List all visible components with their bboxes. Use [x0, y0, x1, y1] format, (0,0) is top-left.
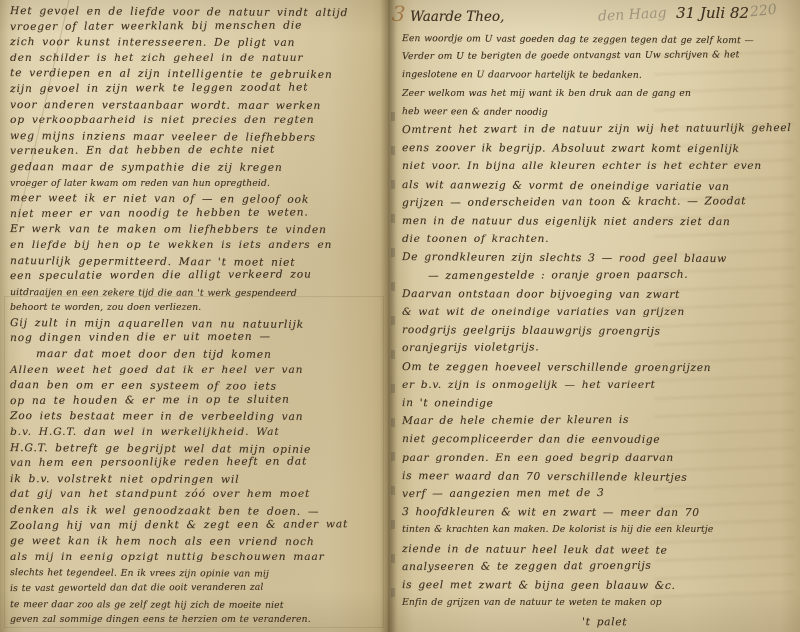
handwritten-line: van hem een persoonlijke reden heeft en …	[10, 454, 386, 472]
handwritten-line: paar gronden. En een goed begrip daarvan	[402, 449, 796, 467]
handwritten-line: is te vast geworteld dan dat die ooit ve…	[10, 579, 386, 597]
handwritten-line: Maar de hele chemie der kleuren is	[402, 410, 796, 430]
handwritten-line: behoort te worden, zou doen verliezen.	[10, 300, 386, 316]
handwritten-line: zich voor kunst interesseeren. De pligt …	[10, 35, 386, 52]
handwritten-line: eens zoover ik begrijp. Absoluut zwart k…	[402, 139, 796, 158]
right-page-text: Een woordje om U vast goeden dag te zegg…	[388, 0, 800, 631]
handwritten-line: nog dingen vinden die er uit moeten —	[10, 330, 386, 348]
handwritten-line: Zoo iets bestaat meer in de verbeelding …	[10, 409, 386, 426]
handwritten-line: op verkoopbaarheid is niet precies den r…	[10, 113, 386, 129]
handwritten-line: gedaan maar de sympathie die zij kregen	[10, 160, 386, 177]
handwritten-line: b.v. H.G.T. dan wel in werkelijkheid. Wa…	[10, 425, 386, 441]
handwritten-line: niet gecompliceerder dan die eenvoudige	[402, 430, 796, 449]
handwritten-line: analyseeren & te zeggen dat groengrijs	[402, 556, 796, 576]
handwritten-line: den schilder is het zich geheel in de na…	[10, 51, 386, 67]
handwritten-line: maar dat moet door den tijd komen	[36, 347, 386, 364]
handwritten-line: Alleen weet het goed dat ik er heel ver …	[10, 363, 386, 379]
handwritten-line: en liefde bij hen op te wekken is iets a…	[10, 238, 386, 254]
handwritten-line: tinten & krachten kan maken. De kolorist…	[402, 521, 796, 539]
handwritten-line: Om te zeggen hoeveel verschillende groen…	[402, 358, 796, 377]
handwritten-line: op na te houden & er me in op te sluiten	[10, 392, 386, 410]
handwritten-line: er b.v. zijn is onmogelijk — het varieer…	[402, 376, 796, 394]
handwritten-line: niet meer er van noodig te hebben te wet…	[10, 205, 386, 223]
handwritten-line: Zoolang hij van mij denkt & zegt een & a…	[10, 517, 386, 535]
left-page-text: Het gevoel en de liefde voor de natuur v…	[0, 0, 388, 628]
handwritten-line: verf — aangezien men met de 3	[402, 483, 796, 503]
handwritten-line: geven zal sommige dingen eens te herzien…	[10, 612, 386, 628]
handwritten-line: die toonen of krachten.	[402, 230, 796, 248]
handwritten-line: niet voor. In bijna alle kleuren echter …	[402, 157, 796, 175]
handwritten-line: voor anderen verstaanbaar wordt. maar we…	[10, 98, 386, 115]
handwritten-line: verneuken. En dat hebben de echte niet	[10, 142, 386, 160]
handwritten-line: Verder om U te berigten de goede ontvang…	[402, 46, 796, 66]
handwritten-line: grijzen — onderscheiden van toon & krach…	[402, 192, 796, 212]
handwritten-line: — zamengestelde : oranje groen paarsch.	[428, 265, 796, 285]
handwritten-line: Daarvan ontstaan door bijvoeging van zwa…	[402, 285, 796, 304]
handwritten-line: ingeslotene en U daarvoor hartelijk te b…	[402, 66, 796, 85]
handwritten-line: men in de natuur dus eigenlijk niet ande…	[402, 212, 796, 231]
handwritten-line: Enfin de grijzen van de natuur te weten …	[402, 594, 796, 612]
handwritten-line: te meer daar zoo als ge zelf zegt hij zi…	[10, 597, 386, 614]
handwritten-line: Zeer welkom was het mij want ik ben druk…	[402, 85, 796, 103]
handwritten-line: 3 hoofdkleuren & wit en zwart — meer dan…	[402, 503, 796, 522]
letter-page-left: Het gevoel en de liefde voor de natuur v…	[0, 0, 388, 632]
handwritten-line: Er werk van te maken om liefhebbers te v…	[10, 222, 386, 239]
handwritten-line: vroeger of later weerklank bij menschen …	[10, 18, 386, 36]
handwritten-line: uitdraaijen en een zekere tijd die aan '…	[10, 285, 386, 302]
handwritten-line: dat gij van het standpunt zóó over hem m…	[10, 487, 386, 503]
handwritten-line: & wat wit de oneindige variaties van gri…	[402, 303, 796, 321]
handwritten-line: een speculatie worden die alligt verkeer…	[10, 267, 386, 285]
handwritten-line: ge weet kan ik hem noch als een vriend n…	[10, 534, 386, 551]
handwritten-line: ik b.v. volstrekt niet opdringen wil	[10, 472, 386, 489]
handwritten-line: 't palet	[582, 613, 796, 632]
handwritten-line: als mij in eenig opzigt nuttig beschouwe…	[10, 550, 386, 566]
handwritten-line: zijn gevoel in zijn werk te leggen zooda…	[10, 80, 386, 98]
handwritten-line: oranjegrijs violetgrijs.	[402, 337, 796, 357]
letter-page-right: 3 Waarde Theo, den Haag 31 Juli 82 220 E…	[388, 0, 800, 632]
handwritten-line: vroeger of later kwam om reden van hun o…	[10, 176, 386, 192]
handwritten-line: Omtrent het zwart in de natuur zijn wij …	[402, 119, 796, 139]
handwritten-line: is geel met zwart & bijna geen blaauw &c…	[402, 576, 796, 595]
manuscript-photo: Het gevoel en de liefde voor de natuur v…	[0, 0, 800, 632]
